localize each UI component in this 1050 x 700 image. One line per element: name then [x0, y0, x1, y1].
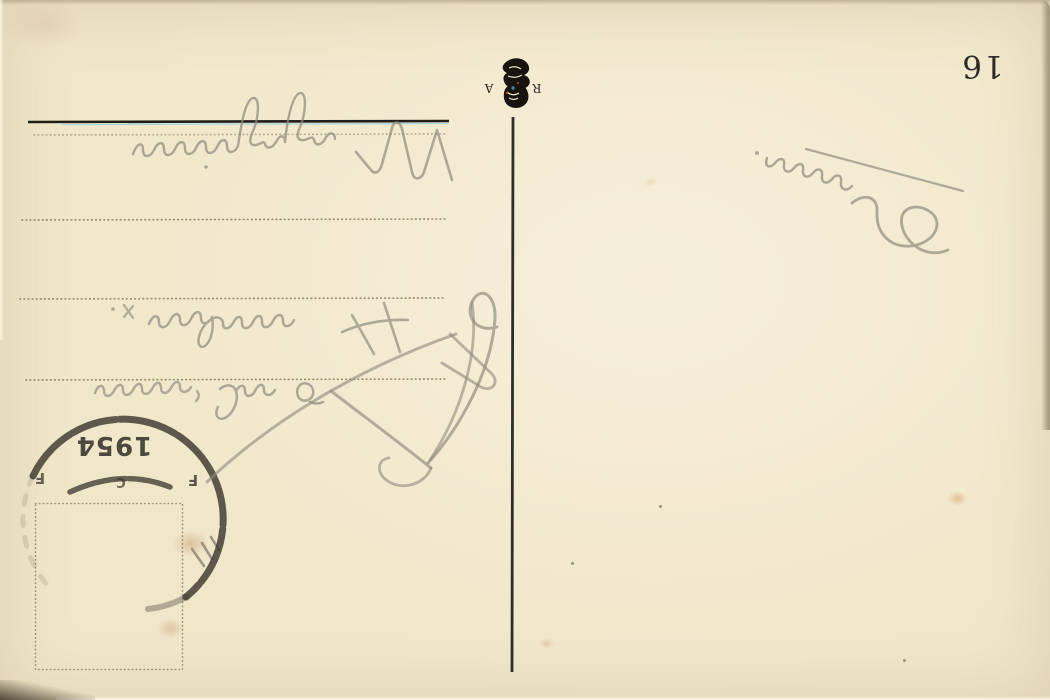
- handwriting-loop: [297, 383, 323, 403]
- handwriting-flourish: [430, 303, 474, 460]
- handwriting-stroke: [766, 158, 852, 189]
- handwriting-underline: [806, 149, 963, 191]
- postcard-artwork: 16 A R 1954 C F F: [0, 0, 1050, 700]
- emblem-letter-a: A: [484, 81, 494, 95]
- address-rule-dotted-3: [20, 298, 445, 299]
- postmark-letter-c: C: [116, 474, 126, 489]
- handwriting-dot: [111, 307, 115, 311]
- handwriting-center-line2: [95, 334, 456, 486]
- postmark-letter-f-left: F: [35, 469, 45, 487]
- publisher-emblem: A R: [484, 58, 541, 108]
- handwriting-right: [755, 149, 963, 253]
- handwriting-center-line1: [111, 293, 497, 463]
- address-rule-solid: [28, 121, 449, 122]
- emblem-red-fleck-2: [517, 82, 519, 84]
- postmark-year-text: 1954: [76, 430, 152, 460]
- paper-speck: [571, 562, 574, 565]
- postmark-outer-ring-fade: [148, 597, 186, 609]
- emblem-letter-r: R: [532, 81, 542, 95]
- handwriting-x-mark: [124, 305, 133, 318]
- postcard-scan: 16 A R 1954 C F F: [0, 0, 1050, 700]
- handwriting-stroke: [149, 312, 294, 347]
- handwriting-flourish: [356, 122, 452, 180]
- handwriting-capital: [342, 303, 408, 354]
- emblem-crest-lower: [504, 84, 529, 108]
- handwriting-comma: [196, 391, 199, 401]
- postmark: 1954 C F F: [23, 419, 223, 609]
- handwriting-capital: [852, 197, 948, 253]
- handwriting-stroke: [95, 382, 191, 396]
- address-rule-dotted-2: [22, 219, 446, 220]
- emblem-blue-fleck: [511, 86, 514, 89]
- address-rule-dotted-4: [26, 379, 448, 380]
- paper-speck: [903, 659, 906, 662]
- postmark-letter-f-right: F: [188, 471, 198, 489]
- handwriting-flourish: [428, 293, 497, 463]
- paper-speck: [659, 505, 662, 508]
- handwriting-top-left: [133, 93, 452, 180]
- emblem-red-fleck-1: [506, 92, 508, 94]
- center-divider-line: [512, 117, 513, 672]
- handwriting-dot: [204, 165, 208, 169]
- postmark-outer-ring-faint: [23, 476, 52, 590]
- handwriting-flourish: [331, 391, 431, 468]
- card-number-text: 16: [960, 48, 1003, 84]
- handwriting-dot: [755, 151, 759, 155]
- emblem-crest-upper: [503, 58, 530, 89]
- stamp-placement-box: [36, 504, 183, 670]
- handwriting-stroke: [216, 385, 275, 419]
